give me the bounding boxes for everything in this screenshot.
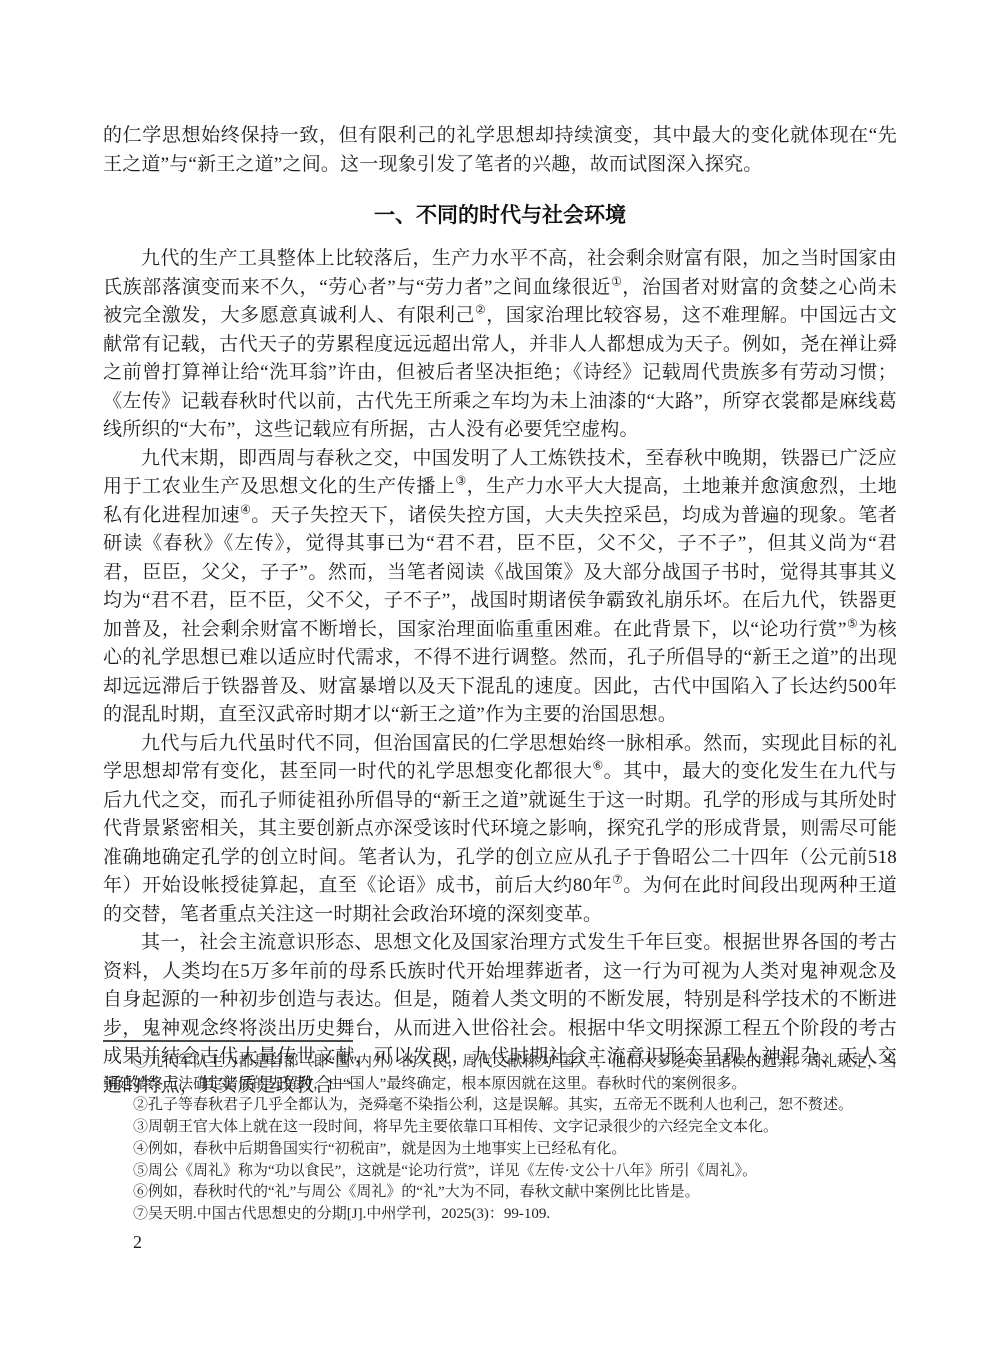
- footnote-5: ⑤周公《周礼》称为“功以食民”，这就是“论功行赏”，详见《左传·文公十八年》所引…: [103, 1161, 897, 1183]
- footnote-marker: ①: [611, 275, 622, 288]
- footnote-7: ⑦吴天明.中国古代思想史的分期[J].中州学刊，2025(3)：99-109.: [103, 1204, 897, 1226]
- footnote-6: ⑥例如，春秋时代的“礼”与周公《周礼》的“礼”大为不同，春秋文献中案例比比皆是。: [103, 1182, 897, 1204]
- body-paragraph-2: 九代末期，即西周与春秋之交，中国发明了人工炼铁技术，至春秋中晚期，铁器已广泛应用…: [103, 445, 897, 730]
- body-paragraph-1: 九代的生产工具整体上比较落后，生产力水平不高，社会剩余财富有限，加之当时国家由氏…: [103, 245, 897, 445]
- footnote-2: ②孔子等春秋君子几乎全都认为，尧舜毫不染指公利，这是误解。其实，五帝无不既利人也…: [103, 1095, 897, 1117]
- journal-page: 的仁学思想始终保持一致，但有限利己的礼学思想却持续演变，其中最大的变化就体现在“…: [0, 0, 1000, 1347]
- lead-paragraph: 的仁学思想始终保持一致，但有限利己的礼学思想却持续演变，其中最大的变化就体现在“…: [103, 122, 897, 179]
- footnote-1: ①九代军队主力都是首都（即“国”内外）的人民，周代文献称为“国人”，他们大多是天…: [103, 1052, 897, 1095]
- body-text-block: 的仁学思想始终保持一致，但有限利己的礼学思想却持续演变，其中最大的变化就体现在“…: [103, 122, 897, 1100]
- footnote-marker: ③: [455, 475, 466, 488]
- body-paragraph-3: 九代与后九代虽时代不同，但治国富民的仁学思想始终一脉相承。然而，实现此目标的礼学…: [103, 730, 897, 930]
- footnote-4: ④例如，春秋中后期鲁国实行“初税亩”，就是因为土地事实上已经私有化。: [103, 1139, 897, 1161]
- page-number: 2: [133, 1231, 142, 1253]
- footnote-marker: ⑥: [593, 760, 604, 773]
- footnote-marker: ②: [475, 304, 486, 317]
- footnote-marker: ⑤: [847, 617, 859, 630]
- footnote-marker: ⑦: [612, 874, 623, 887]
- footnotes-section: ①九代军队主力都是首都（即“国”内外）的人民，周代文献称为“国人”，他们大多是天…: [103, 1040, 897, 1226]
- footnote-3: ③周朝王官大体上就在这一段时间，将早先主要依靠口耳相传、文字记录很少的六经完全文…: [103, 1117, 897, 1139]
- section-heading: 一、不同的时代与社会环境: [103, 201, 897, 230]
- footnote-marker: ④: [240, 503, 251, 516]
- footnote-separator: [103, 1040, 353, 1042]
